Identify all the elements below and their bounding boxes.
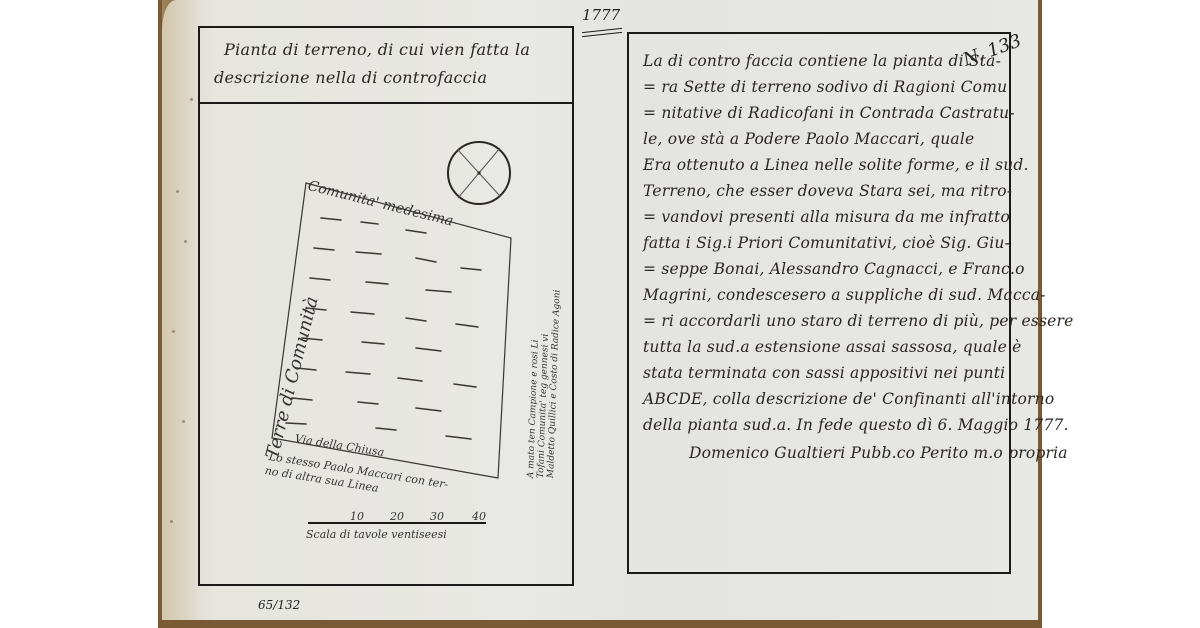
flourish bbox=[582, 32, 622, 37]
text-line: ABCDE, colla descrizione de' Confinanti … bbox=[643, 390, 1054, 408]
text-line: Terreno, che esser doveva Stara sei, ma … bbox=[643, 182, 1012, 200]
text-line: = ri accordarli uno staro di terreno di … bbox=[643, 312, 1074, 330]
foxing-spot bbox=[170, 520, 173, 523]
title-divider bbox=[200, 102, 572, 104]
foxing-spot bbox=[182, 420, 185, 423]
text-line: = vandovi presenti alla misura da me inf… bbox=[643, 208, 1010, 226]
text-line: Era ottenuto a Linea nelle solite forme,… bbox=[643, 156, 1029, 174]
foxing-spot bbox=[184, 240, 187, 243]
foxing-spot bbox=[176, 190, 179, 193]
inventory-mark: 65/132 bbox=[258, 598, 300, 612]
text-line: tutta la sud.a estensione assai sassosa,… bbox=[643, 338, 1022, 356]
text-line: La di contro faccia contiene la pianta d… bbox=[643, 52, 1001, 70]
manuscript-sheet: 1777 Pianta di terreno, di cui vien fatt… bbox=[162, 0, 1038, 620]
left-page-frame: Pianta di terreno, di cui vien fatta la … bbox=[198, 26, 574, 586]
map-title-line-2: descrizione nella di controfaccia bbox=[214, 68, 487, 87]
signature: Domenico Gualtieri Pubb.co Perito m.o pr… bbox=[689, 444, 1068, 462]
text-line: = nitative di Radicofani in Contrada Cas… bbox=[643, 104, 1015, 122]
map-label-right-3: Maldetto Quillici e Costo di Radice Agon… bbox=[546, 290, 563, 479]
scale-tick: 10 bbox=[350, 510, 364, 523]
paper-stain bbox=[162, 0, 202, 620]
text-line: = seppe Bonai, Alessandro Cagnacci, e Fr… bbox=[643, 260, 1025, 278]
text-line: della pianta sud.a. In fede questo dì 6.… bbox=[643, 416, 1069, 434]
scale-tick: 20 bbox=[390, 510, 404, 523]
right-page-frame: La di contro faccia contiene la pianta d… bbox=[627, 32, 1011, 574]
text-line: Magrini, condescesero a suppliche di sud… bbox=[643, 286, 1046, 304]
foxing-spot bbox=[172, 330, 175, 333]
scale-label: Scala di tavole ventiseesi bbox=[306, 528, 447, 541]
scale-tick: 30 bbox=[430, 510, 444, 523]
foxing-spot bbox=[190, 98, 193, 101]
scan-backing: 1777 Pianta di terreno, di cui vien fatt… bbox=[158, 0, 1042, 628]
text-line: le, ove stà a Podere Paolo Maccari, qual… bbox=[643, 130, 974, 148]
year-mark: 1777 bbox=[582, 6, 620, 24]
map-title-line-1: Pianta di terreno, di cui vien fatta la bbox=[224, 40, 530, 59]
text-line: = ra Sette di terreno sodivo di Ragioni … bbox=[643, 78, 1007, 96]
text-line: fatta i Sig.i Priori Comunitativi, cioè … bbox=[643, 234, 1010, 252]
text-line: stata terminata con sassi appositivi nei… bbox=[643, 364, 1005, 382]
scale-tick: 40 bbox=[472, 510, 486, 523]
